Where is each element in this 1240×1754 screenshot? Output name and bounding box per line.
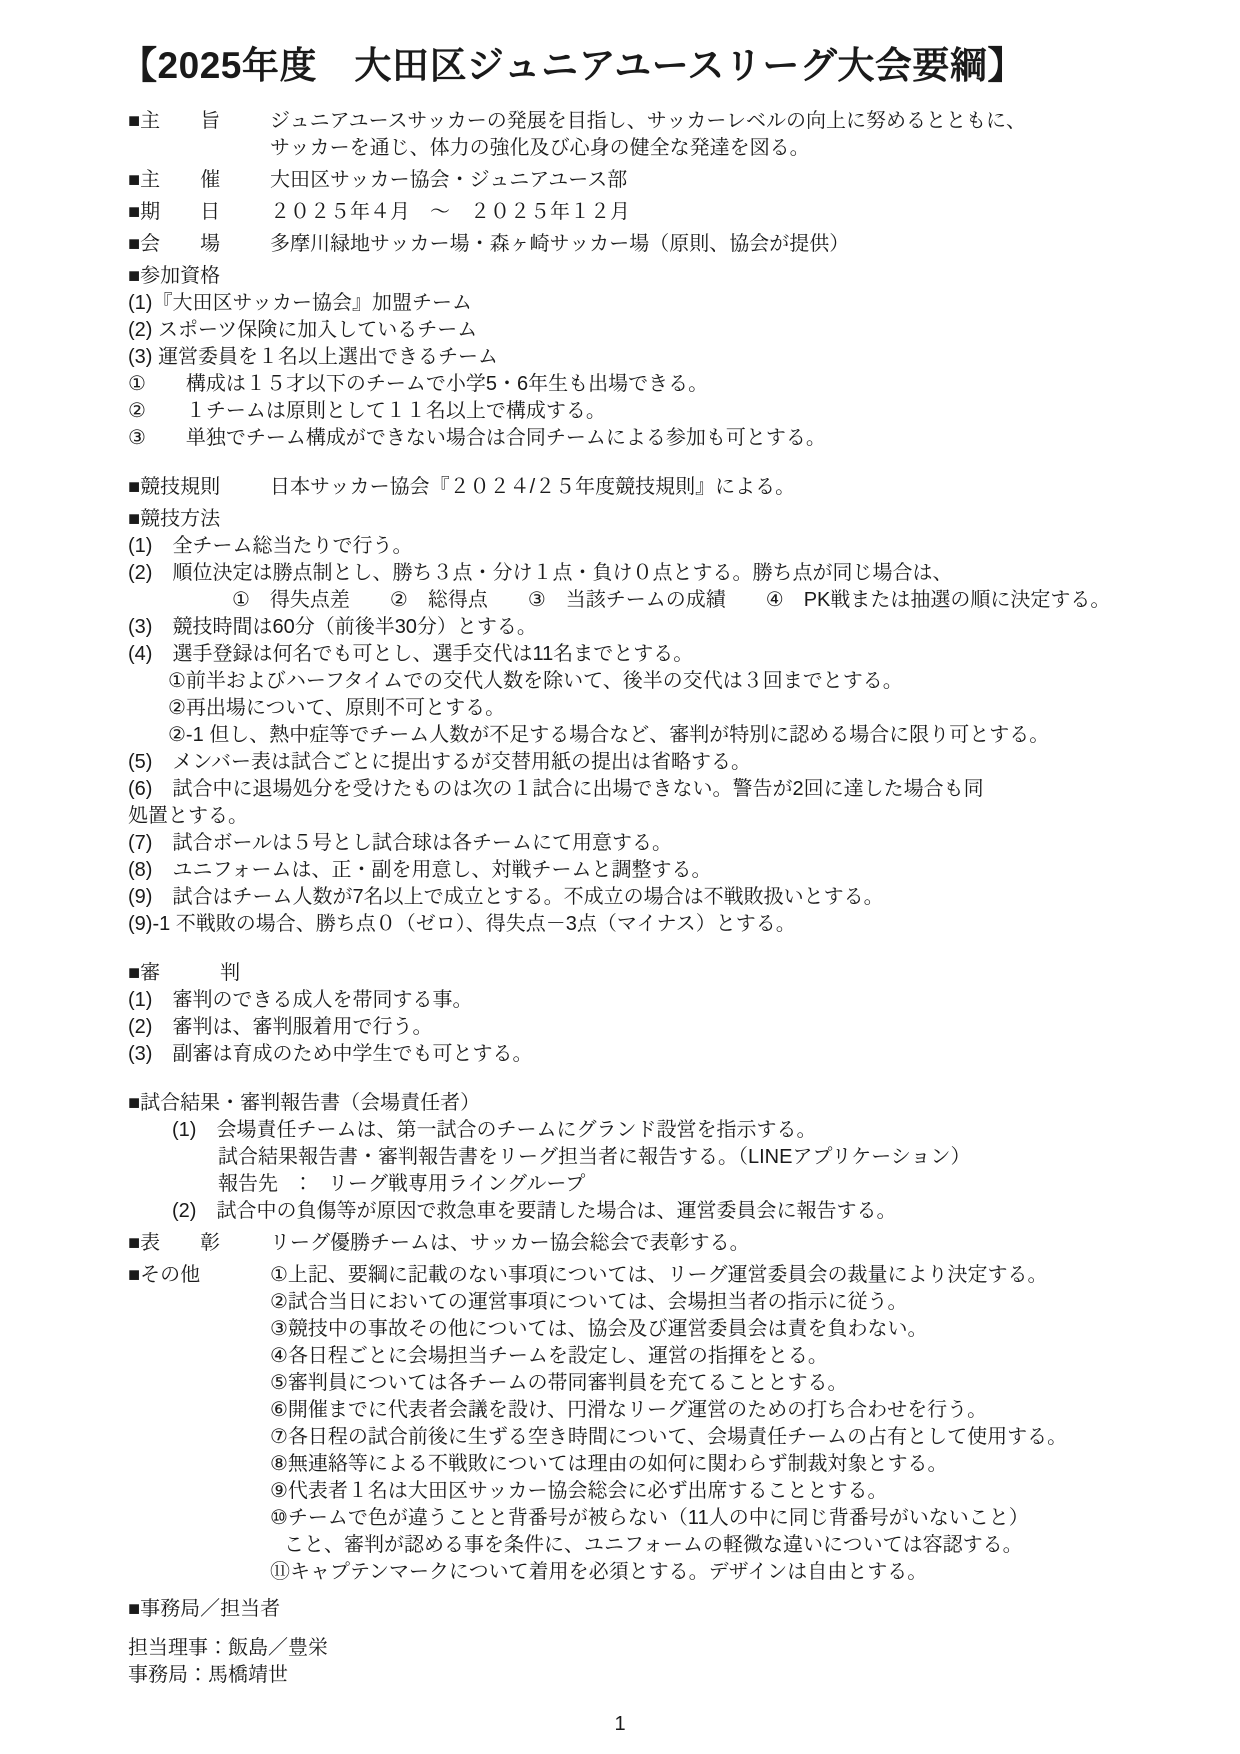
other-item: ①上記、要綱に記載のない事項については、リーグ運営委員会の裁量により決定する。 (270, 1262, 1067, 1289)
referee-heading: ■審 判 (128, 960, 1210, 987)
other-item: ⑩チームで色が違うことと背番号が被らない（11人の中に同じ背番号がいないこと） (270, 1505, 1067, 1532)
venue-text: 多摩川緑地サッカー場・森ヶ崎サッカー場（原則、協会が提供） (270, 231, 849, 258)
other-item-continuation: こと、審判が認める事を条件に、ユニフォームの軽微な違いについては容認する。 (270, 1532, 1067, 1559)
page-number: 1 (0, 1711, 1240, 1738)
method-item: (9) 試合はチーム人数が7名以上で成立とする。不成立の場合は不戦敗扱いとする。 (128, 884, 1210, 911)
eligibility-item: ① 構成は１５才以下のチームで小学5・6年生も出場できる。 (128, 371, 1210, 398)
method-subitem: ②-1 但し、熱中症等でチーム人数が不足する場合など、審判が特別に認める場合に限… (128, 722, 1210, 749)
eligibility-item: (2) スポーツ保険に加入しているチーム (128, 317, 1210, 344)
other-item: ⑪キャプテンマークについて着用を必須とする。デザインは自由とする。 (270, 1559, 1067, 1586)
venue-label: ■会 場 (128, 231, 270, 258)
period-label: ■期 日 (128, 199, 270, 226)
method-subitem: ②再出場について、原則不可とする。 (128, 695, 1210, 722)
referee-item: (3) 副審は育成のため中学生でも可とする。 (128, 1041, 1210, 1068)
other-item: ⑥開催までに代表者会議を設け、円滑なリーグ運営のための打ち合わせを行う。 (270, 1397, 1067, 1424)
office-line: 担当理事：飯島／豊栄 (128, 1635, 1210, 1662)
report-item: (1) 会場責任チームは、第一試合のチームにグランド設営を指示する。 (128, 1117, 1210, 1144)
other-item: ⑧無連絡等による不戦敗については理由の如何に関わらず制裁対象とする。 (270, 1451, 1067, 1478)
other-item: ⑨代表者１名は大田区サッカー協会総会に必ず出席することとする。 (270, 1478, 1067, 1505)
office-heading: ■事務局／担当者 (128, 1596, 1210, 1623)
method-subitem: ①前半およびハーフタイムでの交代人数を除いて、後半の交代は３回までとする。 (128, 668, 1210, 695)
eligibility-item: (1)『大田区サッカー協会』加盟チーム (128, 290, 1210, 317)
section-other: ■その他 ①上記、要綱に記載のない事項については、リーグ運営委員会の裁量により決… (128, 1262, 1210, 1586)
rules-text: 日本サッカー協会『２０２４/２５年度競技規則』による。 (270, 474, 795, 501)
method-item: (9)-1 不戦敗の場合、勝ち点０（ゼロ）、得失点－3点（マイナス）とする。 (128, 911, 1210, 938)
other-item: ④各日程ごとに会場担当チームを設定し、運営の指揮をとる。 (270, 1343, 1067, 1370)
award-text: リーグ優勝チームは、サッカー協会総会で表彰する。 (270, 1230, 750, 1257)
referee-item: (1) 審判のできる成人を帯同する事。 (128, 987, 1210, 1014)
other-item: ③競技中の事故その他については、協会及び運営委員会は責を負わない。 (270, 1316, 1067, 1343)
other-items: ①上記、要綱に記載のない事項については、リーグ運営委員会の裁量により決定する。 … (270, 1262, 1067, 1586)
method-heading: ■競技方法 (128, 506, 1210, 533)
eligibility-heading: ■参加資格 (128, 263, 1210, 290)
rules-label: ■競技規則 (128, 474, 270, 501)
method-item: (8) ユニフォームは、正・副を用意し、対戦チームと調整する。 (128, 857, 1210, 884)
host-text: 大田区サッカー協会・ジュニアユース部 (270, 167, 627, 194)
method-item-continuation: 処置とする。 (128, 803, 1210, 830)
purpose-label: ■主 旨 (128, 108, 270, 135)
section-venue: ■会 場 多摩川緑地サッカー場・森ヶ崎サッカー場（原則、協会が提供） (128, 231, 1210, 258)
method-item: (5) メンバー表は試合ごとに提出するが交替用紙の提出は省略する。 (128, 749, 1210, 776)
method-item: (4) 選手登録は何名でも可とし、選手交代は11名までとする。 (128, 641, 1210, 668)
eligibility-item: ③ 単独でチーム構成ができない場合は合同チームによる参加も可とする。 (128, 425, 1210, 452)
method-item: (1) 全チーム総当たりで行う。 (128, 533, 1210, 560)
office-line: 事務局：馬橋靖世 (128, 1662, 1210, 1689)
method-item: (3) 競技時間は60分（前後半30分）とする。 (128, 614, 1210, 641)
purpose-line2: サッカーを通じ、体力の強化及び心身の健全な発達を図る。 (270, 135, 1026, 162)
report-item-continuation: 試合結果報告書・審判報告書をリーグ担当者に報告する。（LINEアプリケーション） (128, 1144, 1210, 1171)
award-label: ■表 彰 (128, 1230, 270, 1257)
referee-item: (2) 審判は、審判服着用で行う。 (128, 1014, 1210, 1041)
doc-title: 【2025年度 大田区ジュニアユースリーグ大会要綱】 (0, 44, 1240, 88)
period-text: ２０２５年４月 ～ ２０２５年１２月 (270, 199, 630, 226)
method-item: (6) 試合中に退場処分を受けたものは次の１試合に出場できない。警告が2回に達し… (128, 776, 1210, 803)
other-item: ⑤審判員については各チームの帯同審判員を充てることとする。 (270, 1370, 1067, 1397)
method-item: (2) 順位決定は勝点制とし、勝ち３点・分け１点・負け０点とする。勝ち点が同じ場… (128, 560, 1210, 587)
section-rules: ■競技規則 日本サッカー協会『２０２４/２５年度競技規則』による。 (128, 474, 1210, 501)
section-host: ■主 催 大田区サッカー協会・ジュニアユース部 (128, 167, 1210, 194)
section-award: ■表 彰 リーグ優勝チームは、サッカー協会総会で表彰する。 (128, 1230, 1210, 1257)
method-item-tiebreak: ① 得失点差 ② 総得点 ③ 当該チームの成績 ④ PK戦または抽選の順に決定す… (128, 587, 1210, 614)
other-label: ■その他 (128, 1262, 270, 1289)
section-period: ■期 日 ２０２５年４月 ～ ２０２５年１２月 (128, 199, 1210, 226)
other-item: ⑦各日程の試合前後に生ずる空き時間について、会場責任チームの占有として使用する。 (270, 1424, 1067, 1451)
eligibility-item: ② １チームは原則として１１名以上で構成する。 (128, 398, 1210, 425)
purpose-line1: ジュニアユースサッカーの発展を目指し、サッカーレベルの向上に努めるとともに、 (270, 108, 1026, 135)
host-label: ■主 催 (128, 167, 270, 194)
section-purpose: ■主 旨 ジュニアユースサッカーの発展を目指し、サッカーレベルの向上に努めるとと… (128, 108, 1210, 162)
purpose-text: ジュニアユースサッカーの発展を目指し、サッカーレベルの向上に努めるとともに、 サ… (270, 108, 1026, 162)
other-item: ②試合当日においての運営事項については、会場担当者の指示に従う。 (270, 1289, 1067, 1316)
method-item: (7) 試合ボールは５号とし試合球は各チームにて用意する。 (128, 830, 1210, 857)
eligibility-item: (3) 運営委員を１名以上選出できるチーム (128, 344, 1210, 371)
report-item-continuation: 報告先 ： リーグ戦専用ライングループ (128, 1171, 1210, 1198)
document-page: 【2025年度 大田区ジュニアユースリーグ大会要綱】 ■主 旨 ジュニアユースサ… (0, 0, 1240, 1754)
report-heading: ■試合結果・審判報告書（会場責任者） (128, 1090, 1210, 1117)
report-item: (2) 試合中の負傷等が原因で救急車を要請した場合は、運営委員会に報告する。 (128, 1198, 1210, 1225)
